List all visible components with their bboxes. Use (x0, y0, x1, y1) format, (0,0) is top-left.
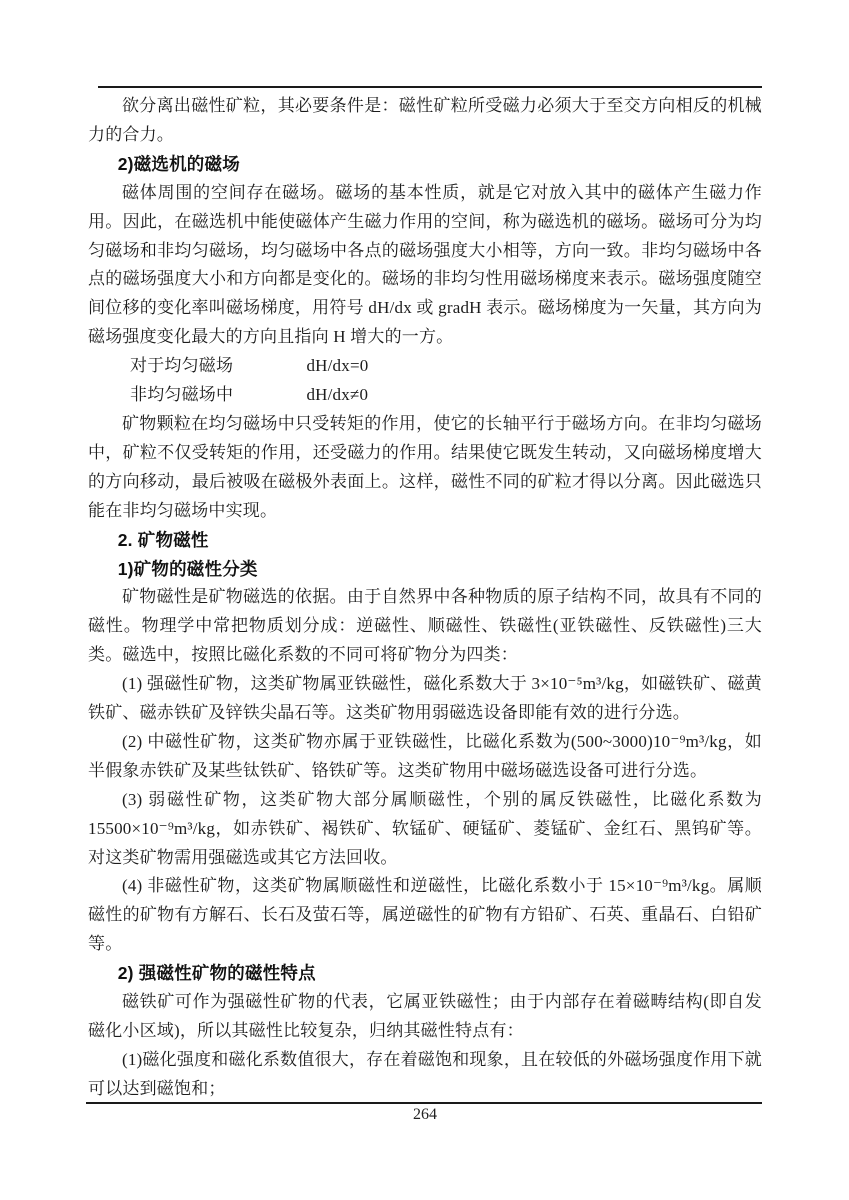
header-rule (98, 86, 762, 88)
document-body: 欲分离出磁性矿粒，其必要条件是：磁性矿粒所受磁力必须大于至交方向相反的机械力的合… (88, 92, 762, 1104)
class2-medium-magnetic-paragraph: (2) 中磁性矿物，这类矿物亦属于亚铁磁性，比磁化系数为(500~3000)10… (88, 728, 762, 786)
magnetic-field-paragraph: 磁体周围的空间存在磁场。磁场的基本性质，就是它对放入其中的磁体产生磁力作用。因此… (88, 179, 762, 352)
heading-separator-magnetic-field: 2)磁选机的磁场 (88, 150, 762, 179)
magnetite-paragraph: 磁铁矿可作为强磁性矿物的代表，它属亚铁磁性；由于内部存在着磁畴结构(即自发磁化小… (88, 988, 762, 1046)
feature1-paragraph: (1)磁化强度和磁化系数值很大，存在着磁饱和现象，且在较低的外磁场强度作用下就可… (88, 1046, 762, 1104)
class4-non-magnetic-paragraph: (4) 非磁性矿物，这类矿物属顺磁性和逆磁性，比磁化系数小于 15×10⁻⁹m³… (88, 872, 762, 959)
formula-uniform-value: dH/dx=0 (306, 356, 368, 375)
footer-rule (86, 1102, 762, 1104)
formula-uniform-field: 对于均匀磁场 dH/dx=0 (88, 352, 762, 381)
heading-strong-magnetic-features: 2) 强磁性矿物的磁性特点 (88, 959, 762, 988)
formula-nonuniform-value: dH/dx≠0 (306, 385, 368, 404)
classification-intro-paragraph: 矿物磁性是矿物磁选的依据。由于自然界中各种物质的原子结构不同，故具有不同的磁性。… (88, 583, 762, 670)
document-page: 欲分离出磁性矿粒，其必要条件是：磁性矿粒所受磁力必须大于至交方向相反的机械力的合… (0, 0, 849, 1200)
page-number: 264 (88, 1106, 762, 1124)
class3-weak-magnetic-paragraph: (3) 弱磁性矿物，这类矿物大部分属顺磁性，个别的属反铁磁性，比磁化系数为 15… (88, 786, 762, 873)
heading-magnetism-classification: 1)矿物的磁性分类 (88, 555, 762, 584)
formula-nonuniform-field: 非均匀磁场中 dH/dx≠0 (88, 381, 762, 410)
formula-uniform-label: 对于均匀磁场 (130, 352, 302, 381)
intro-paragraph: 欲分离出磁性矿粒，其必要条件是：磁性矿粒所受磁力必须大于至交方向相反的机械力的合… (88, 92, 762, 150)
heading-mineral-magnetism: 2. 矿物磁性 (88, 526, 762, 555)
particle-behavior-paragraph: 矿物颗粒在均匀磁场中只受转矩的作用，使它的长轴平行于磁场方向。在非均匀磁场中，矿… (88, 410, 762, 526)
formula-nonuniform-label: 非均匀磁场中 (130, 381, 302, 410)
class1-strong-magnetic-paragraph: (1) 强磁性矿物，这类矿物属亚铁磁性，磁化系数大于 3×10⁻⁵m³/kg，如… (88, 670, 762, 728)
